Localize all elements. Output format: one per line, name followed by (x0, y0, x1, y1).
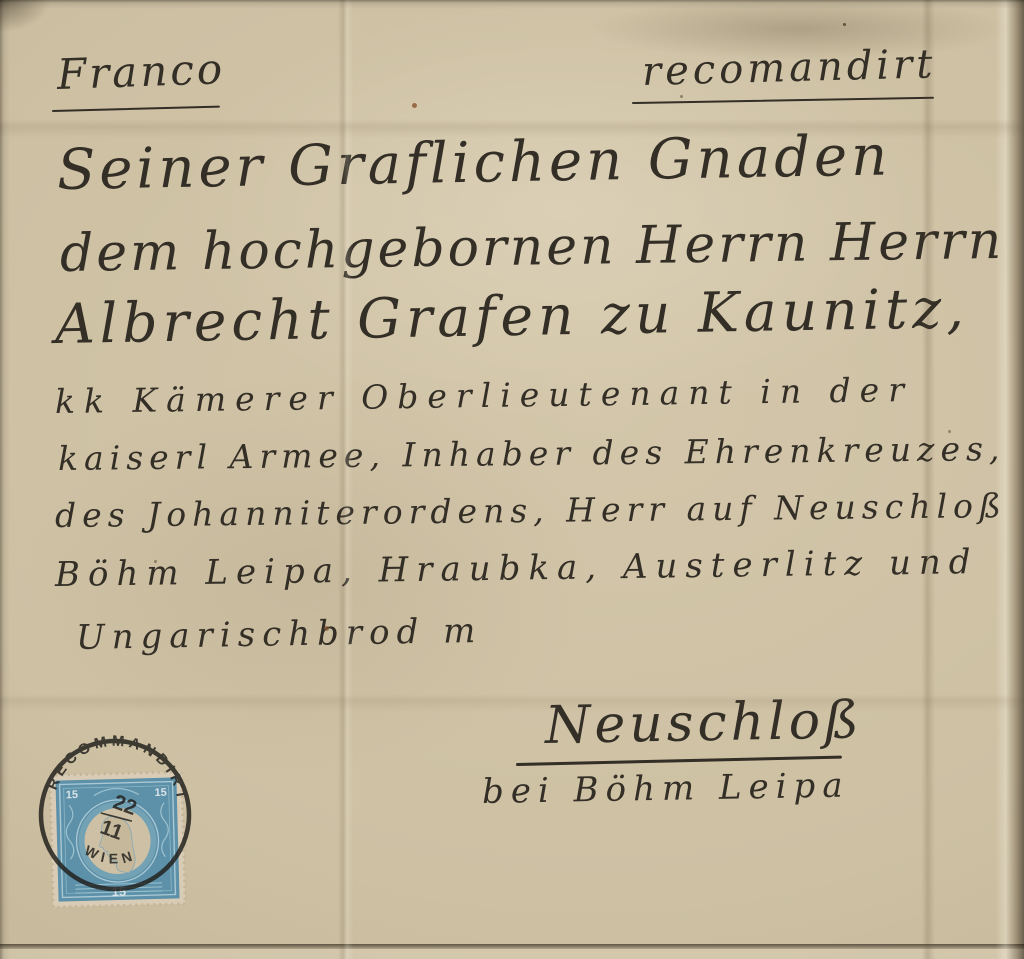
paper-speckles (0, 0, 3, 3)
address-line: dem hochgebornen Herrn Herrn (60, 215, 1005, 280)
destination-name: Neuschloß (545, 694, 864, 752)
envelope-scan: Franco recomandirt Seiner Graflichen Gna… (0, 0, 1024, 959)
address-line: kaiserl Armee, Inhaber des Ehrenkreuzes, (58, 432, 1006, 475)
postmark: RECOMMANDIRT WIEN 22 11 (33, 733, 197, 897)
address-line: Ungarischbrod m (76, 614, 483, 655)
address-line: Seiner Graflichen Gnaden (57, 128, 892, 199)
bottom-flap-edge (0, 949, 1024, 959)
address-line: Albrecht Grafen zu Kaunitz, (55, 281, 970, 352)
destination-detail: bei Böhm Leipa (482, 769, 850, 809)
recomandirt-note: recomandirt (641, 44, 936, 92)
postmark-bottom-text: WIEN (81, 841, 140, 869)
postmark-day: 22 (110, 791, 140, 821)
franco-note: Franco (56, 48, 225, 96)
postmark-month: 11 (97, 816, 126, 845)
address-line: des Johanniterordens, Herr auf Neuschloß (55, 489, 1007, 532)
postmark-bottom-label: WIEN (81, 841, 140, 869)
